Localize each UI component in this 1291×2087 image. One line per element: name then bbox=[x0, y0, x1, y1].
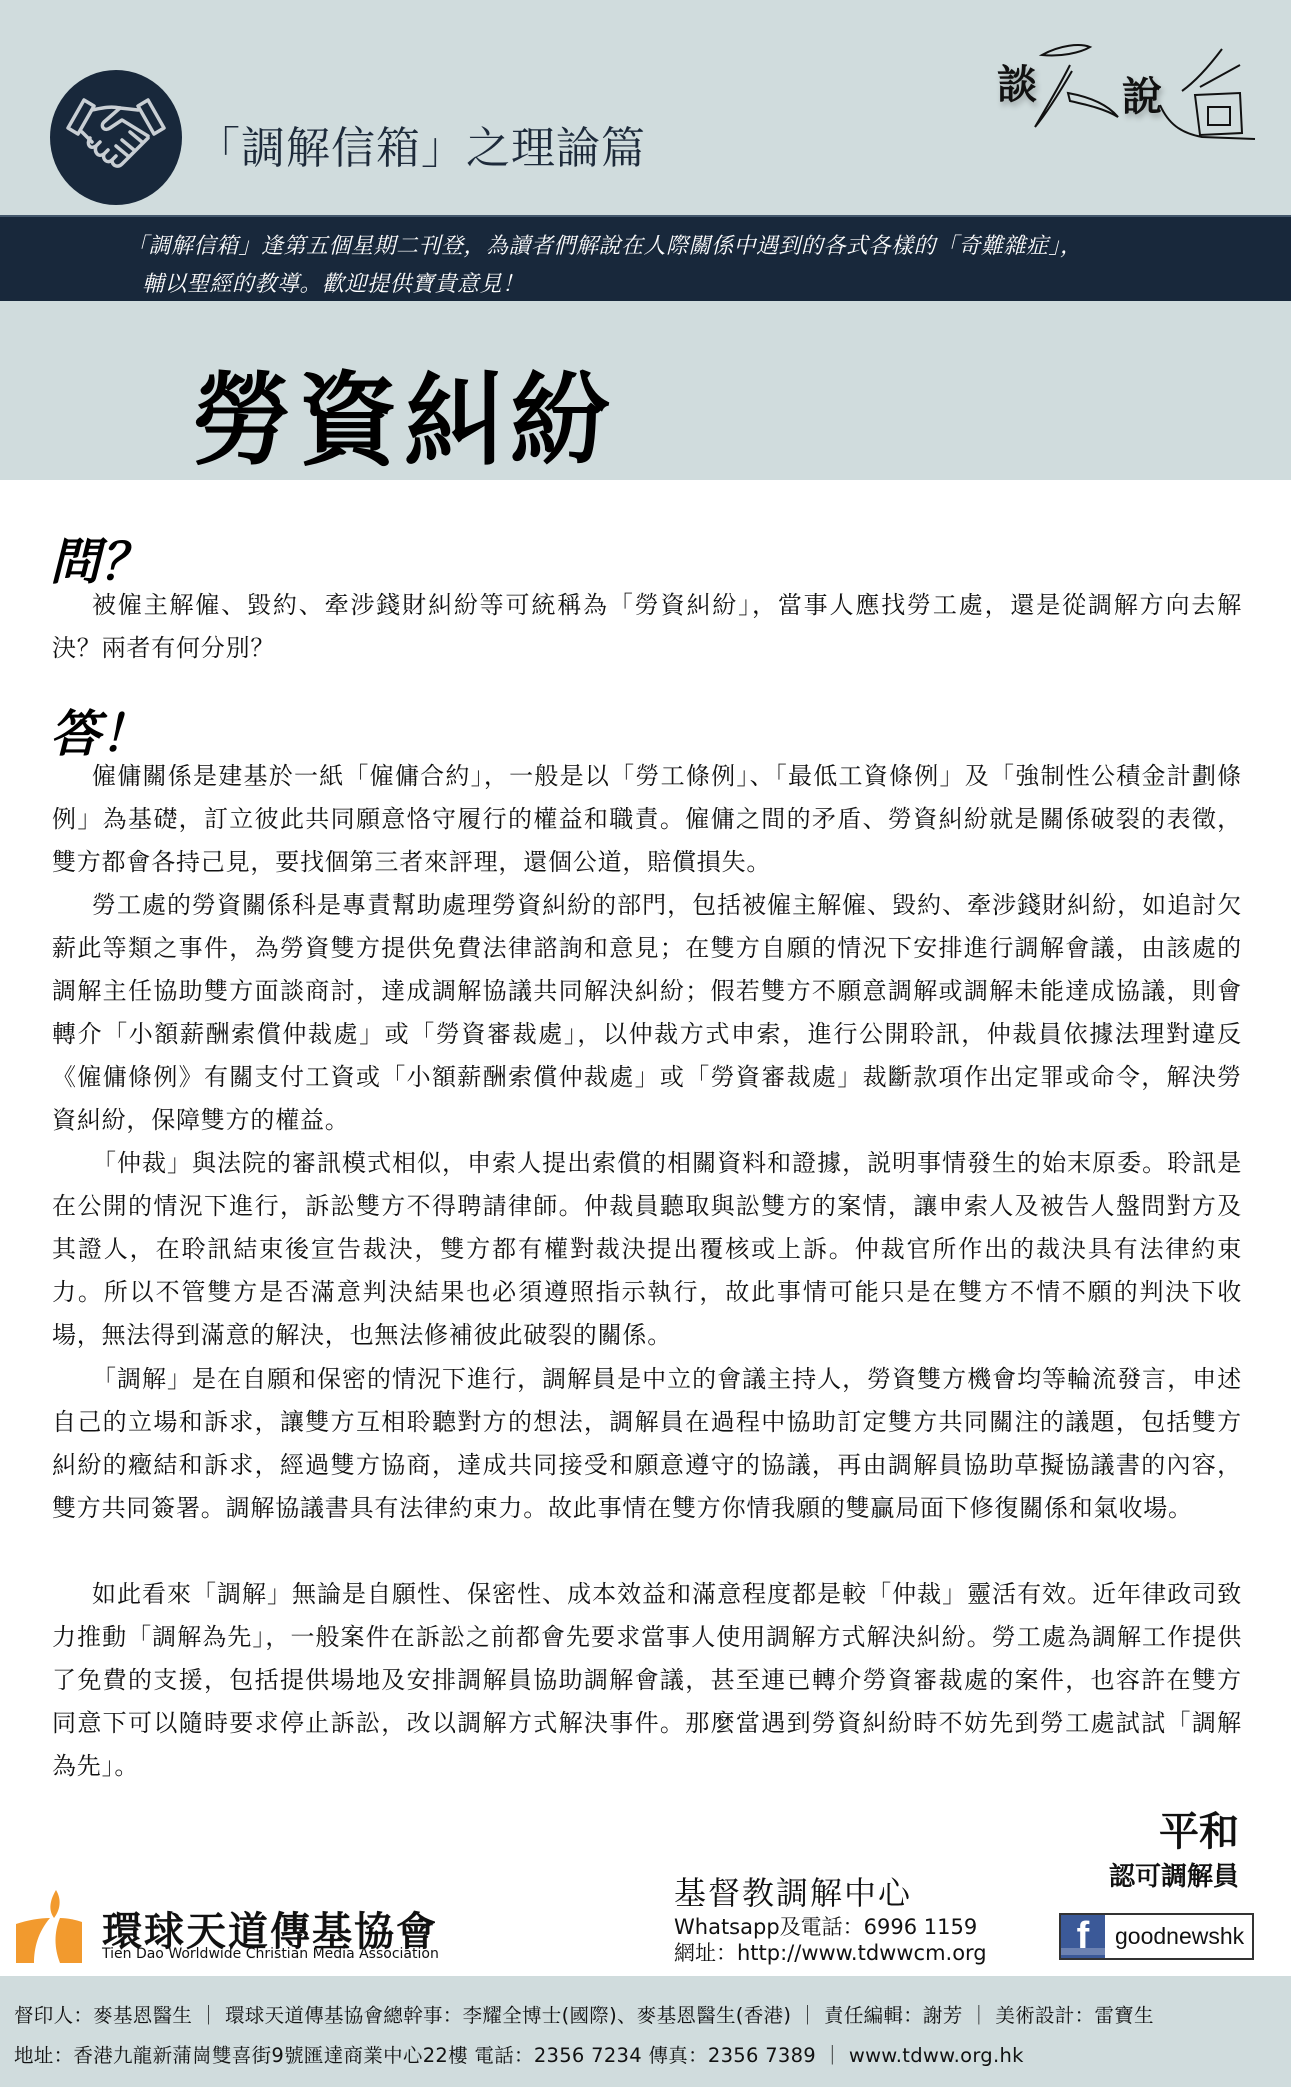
answer-paragraph: 「仲裁」與法院的審訊模式相似，申索人提出索償的相關資料和證據，説明事情發生的始末… bbox=[52, 1142, 1242, 1357]
page-header: 「調解信箱」之理論篇 談 說 「調解信箱」逢第五個星期二刊登，為讀者們解說在人際… bbox=[0, 0, 1291, 480]
answer-paragraph: 「調解」是在自願和保密的情況下進行，調解員是中立的會議主持人，勞資雙方機會均等輪… bbox=[52, 1358, 1242, 1530]
facebook-handle: goodnewshk bbox=[1115, 1923, 1244, 1950]
article-title: 勞資糾紛 bbox=[192, 340, 616, 484]
facebook-badge[interactable]: f goodnewshk bbox=[1059, 1913, 1254, 1960]
flame-icon bbox=[16, 1888, 86, 1963]
answer-paragraph: 僱傭關係是建基於一紙「僱傭合約」，一般是以「勞工條例」、「最低工資條例」及「強制… bbox=[52, 755, 1242, 884]
brand-logo: 談 說 bbox=[990, 35, 1260, 145]
intro-band: 「調解信箱」逢第五個星期二刊登，為讀者們解說在人際關係中遇到的各式各樣的「奇難雜… bbox=[0, 215, 1291, 301]
page-footer: 督印人：麥基恩醫生 ｜ 環球天道傳基協會總幹事：李耀全博士(國際)、麥基恩醫生(… bbox=[0, 1976, 1291, 2087]
footer-contact: 地址：香港九龍新蒲崗雙喜街9號匯達商業中心22樓 電話：2356 7234 傳真… bbox=[14, 2040, 1024, 2068]
question-text: 被僱主解僱、毀約、牽涉錢財糾紛等可統稱為「勞資糾紛」，當事人應找勞工處，還是從調… bbox=[52, 584, 1242, 670]
handshake-logo bbox=[50, 70, 182, 205]
author-name: 平和 bbox=[1159, 1800, 1239, 1857]
brand-char-1: 談 bbox=[997, 53, 1037, 110]
answer-paragraph: 如此看來「調解」無論是自願性、保密性、成本效益和滿意程度都是較「仲裁」靈活有效。… bbox=[52, 1573, 1242, 1788]
intro-line-2: 輔以聖經的教導。歡迎提供寶貴意見！ bbox=[142, 267, 525, 298]
brand-char-3: 說 bbox=[1122, 65, 1162, 122]
org-logo: 環球天道傳基協會 Tien Dao Worldwide Christian Me… bbox=[16, 1888, 426, 1963]
footer-credits: 督印人：麥基恩醫生 ｜ 環球天道傳基協會總幹事：李耀全博士(國際)、麥基恩醫生(… bbox=[14, 2000, 1154, 2028]
handshake-icon bbox=[64, 92, 168, 184]
series-title: 「調解信箱」之理論篇 bbox=[196, 112, 646, 176]
facebook-icon: f bbox=[1061, 1915, 1105, 1958]
answer-paragraph: 勞工處的勞資關係科是專責幫助處理勞資糾紛的部門，包括被僱主解僱、毀約、牽涉錢財糾… bbox=[52, 884, 1242, 1142]
center-phone: Whatsapp及電話：6996 1159 bbox=[674, 1914, 987, 1940]
intro-line-1: 「調解信箱」逢第五個星期二刊登，為讀者們解說在人際關係中遇到的各式各樣的「奇難雜… bbox=[126, 229, 1083, 260]
center-name: 基督教調解中心 bbox=[674, 1868, 987, 1914]
author-role: 認可調解員 bbox=[1109, 1856, 1239, 1893]
center-website-link[interactable]: 網址：http://www.tdwwcm.org bbox=[674, 1940, 987, 1966]
mediation-center-info: 基督教調解中心 Whatsapp及電話：6996 1159 網址：http://… bbox=[674, 1868, 987, 1966]
org-name-en: Tien Dao Worldwide Christian Media Assoc… bbox=[102, 1946, 439, 1962]
